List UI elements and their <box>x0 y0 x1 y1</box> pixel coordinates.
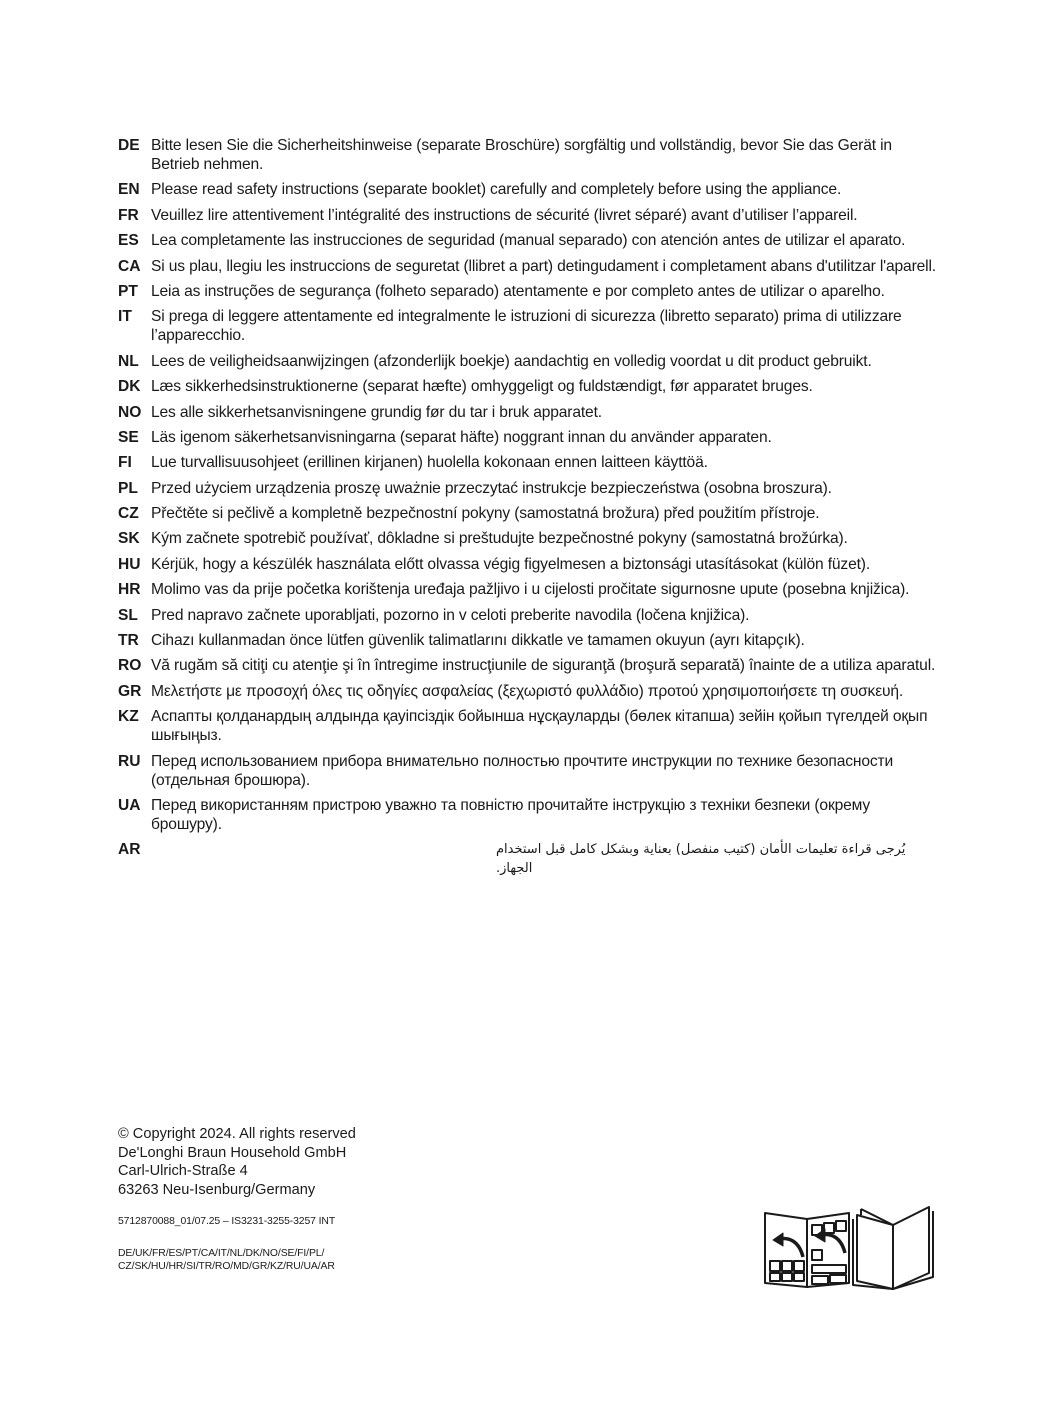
language-code: SK <box>118 529 151 548</box>
safety-instruction-text: Veuillez lire attentivement l’intégralit… <box>151 206 938 225</box>
read-booklet-icon <box>763 1203 938 1291</box>
copyright-notice: © Copyright 2024. All rights reserved <box>118 1125 356 1144</box>
language-code: KZ <box>118 707 151 745</box>
safety-instruction-text: Перед использованием прибора внимательно… <box>151 752 938 790</box>
safety-instruction-text: Leia as instruções de segurança (folheto… <box>151 282 938 301</box>
language-row-pt: PTLeia as instruções de segurança (folhe… <box>118 282 938 301</box>
language-code: TR <box>118 631 151 650</box>
language-row-se: SELäs igenom säkerhetsanvisningarna (sep… <box>118 428 938 447</box>
language-code: UA <box>118 796 151 834</box>
safety-instruction-text: Lees de veiligheidsaanwijzingen (afzonde… <box>151 352 938 371</box>
language-code: CA <box>118 257 151 276</box>
safety-instruction-text: Přečtěte si pečlivě a kompletně bezpečno… <box>151 504 938 523</box>
language-code: DE <box>118 136 151 174</box>
language-row-dk: DKLæs sikkerhedsinstruktionerne (separat… <box>118 377 938 396</box>
safety-instruction-text: Si us plau, llegiu les instruccions de s… <box>151 257 938 276</box>
language-code: SE <box>118 428 151 447</box>
safety-instruction-text: Læs sikkerhedsinstruktionerne (separat h… <box>151 377 938 396</box>
country-codes: DE/UK/FR/ES/PT/CA/IT/NL/DK/NO/SE/FI/PL/ … <box>118 1247 356 1273</box>
safety-instruction-text: Si prega di leggere attentamente ed inte… <box>151 307 938 345</box>
language-row-pl: PLPrzed użyciem urządzenia proszę uważni… <box>118 479 938 498</box>
language-code: FI <box>118 453 151 472</box>
footer: © Copyright 2024. All rights reserved De… <box>118 1125 356 1273</box>
company-street: Carl-Ulrich-Straße 4 <box>118 1162 356 1181</box>
language-row-sl: SLPred napravo začnete uporabljati, pozo… <box>118 606 938 625</box>
language-row-ca: CASi us plau, llegiu les instruccions de… <box>118 257 938 276</box>
language-code: GR <box>118 682 151 701</box>
language-row-fr: FRVeuillez lire attentivement l’intégral… <box>118 206 938 225</box>
language-row-tr: TRCihazı kullanmadan önce lütfen güvenli… <box>118 631 938 650</box>
language-code: RO <box>118 656 151 675</box>
safety-instruction-text: Przed użyciem urządzenia proszę uważnie … <box>151 479 938 498</box>
safety-instruction-text: Vă rugăm să citiţi cu atenţie şi în într… <box>151 656 938 675</box>
language-row-gr: GRΜελετήστε με προσοχή όλες τις οδηγίες … <box>118 682 938 701</box>
safety-instruction-text: Lue turvallisuusohjeet (erillinen kirjan… <box>151 453 938 472</box>
country-codes-line-2: CZ/SK/HU/HR/SI/TR/RO/MD/GR/KZ/RU/UA/AR <box>118 1260 356 1273</box>
safety-instruction-text: Kérjük, hogy a készülék használata előtt… <box>151 555 938 574</box>
language-code: RU <box>118 752 151 790</box>
language-code: PL <box>118 479 151 498</box>
language-code: NL <box>118 352 151 371</box>
language-row-ro: ROVă rugăm să citiţi cu atenţie şi în în… <box>118 656 938 675</box>
language-code: ES <box>118 231 151 250</box>
language-safety-notice-list: DEBitte lesen Sie die Sicherheitshinweis… <box>118 136 938 885</box>
language-code: SL <box>118 606 151 625</box>
safety-instruction-text: Аспапты қолданардың алдында қауіпсіздік … <box>151 707 938 745</box>
language-code: DK <box>118 377 151 396</box>
safety-instruction-text: Pred napravo začnete uporabljati, pozorn… <box>151 606 938 625</box>
language-row-nl: NLLees de veiligheidsaanwijzingen (afzon… <box>118 352 938 371</box>
language-row-ua: UAПеред використанням пристрою уважно та… <box>118 796 938 834</box>
language-code: HR <box>118 580 151 599</box>
language-row-kz: KZАспапты қолданардың алдында қауіпсізді… <box>118 707 938 745</box>
language-row-cz: CZPřečtěte si pečlivě a kompletně bezpeč… <box>118 504 938 523</box>
language-row-it: ITSi prega di leggere attentamente ed in… <box>118 307 938 345</box>
language-code: AR <box>118 840 151 878</box>
safety-instruction-text: Cihazı kullanmadan önce lütfen güvenlik … <box>151 631 938 650</box>
language-row-sk: SKKým začnete spotrebič používať, dôklad… <box>118 529 938 548</box>
safety-instruction-text: يُرجى قراءة تعليمات الأمان (كتيب منفصل) … <box>151 840 938 878</box>
country-codes-line-1: DE/UK/FR/ES/PT/CA/IT/NL/DK/NO/SE/FI/PL/ <box>118 1247 356 1260</box>
language-row-hr: HRMolimo vas da prije početka korištenja… <box>118 580 938 599</box>
language-code: CZ <box>118 504 151 523</box>
language-code: NO <box>118 403 151 422</box>
language-row-es: ESLea completamente las instrucciones de… <box>118 231 938 250</box>
language-code: PT <box>118 282 151 301</box>
safety-instruction-text: Les alle sikkerhetsanvisningene grundig … <box>151 403 938 422</box>
language-row-en: ENPlease read safety instructions (separ… <box>118 180 938 199</box>
safety-instruction-text: Please read safety instructions (separat… <box>151 180 938 199</box>
safety-instruction-text: Перед використанням пристрою уважно та п… <box>151 796 938 834</box>
language-row-fi: FILue turvallisuusohjeet (erillinen kirj… <box>118 453 938 472</box>
language-row-de: DEBitte lesen Sie die Sicherheitshinweis… <box>118 136 938 174</box>
safety-instruction-text: Läs igenom säkerhetsanvisningarna (separ… <box>151 428 938 447</box>
language-row-hu: HUKérjük, hogy a készülék használata elő… <box>118 555 938 574</box>
safety-instruction-text: Μελετήστε με προσοχή όλες τις οδηγίες ασ… <box>151 682 938 701</box>
safety-instruction-text: Molimo vas da prije početka korištenja u… <box>151 580 938 599</box>
language-row-ar: ARيُرجى قراءة تعليمات الأمان (كتيب منفصل… <box>118 840 938 878</box>
language-code: EN <box>118 180 151 199</box>
language-row-ru: RUПеред использованием прибора вниматель… <box>118 752 938 790</box>
language-code: IT <box>118 307 151 345</box>
document-code: 5712870088_01/07.25 – IS3231-3255-3257 I… <box>118 1216 356 1227</box>
language-code: HU <box>118 555 151 574</box>
safety-instruction-text: Kým začnete spotrebič používať, dôkladne… <box>151 529 938 548</box>
safety-instruction-text: Bitte lesen Sie die Sicherheitshinweise … <box>151 136 938 174</box>
company-name: De'Longhi Braun Household GmbH <box>118 1144 356 1163</box>
company-city: 63263 Neu-Isenburg/Germany <box>118 1181 356 1200</box>
language-code: FR <box>118 206 151 225</box>
safety-instruction-text: Lea completamente las instrucciones de s… <box>151 231 938 250</box>
language-row-no: NOLes alle sikkerhetsanvisningene grundi… <box>118 403 938 422</box>
